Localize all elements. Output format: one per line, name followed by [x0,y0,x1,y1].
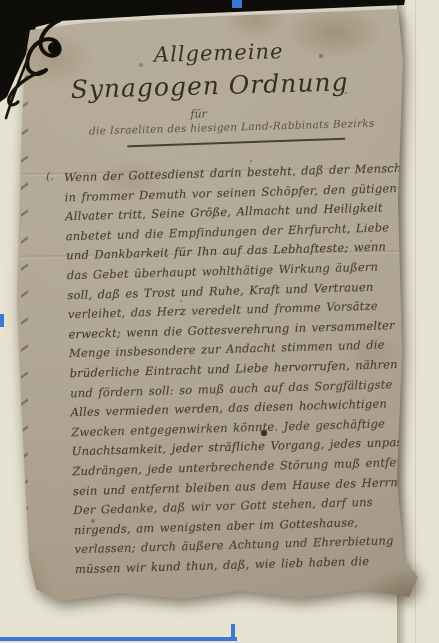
dedication-line: die Israeliten des hiesigen Land-Rabbina… [37,116,427,139]
blue-marker-left [0,314,4,327]
manuscript-photo: Allgemeine Synagogen Ordnung für die Isr… [0,0,439,643]
body-text: Wenn der Gottesdienst darin besteht, daß… [64,159,427,580]
blue-marker-bottom-tick [231,624,235,641]
ink-specks [0,0,2,2]
handwritten-text: Allgemeine Synagogen Ordnung für die Isr… [38,20,430,610]
blue-marker-bottom-line [0,637,237,641]
paragraph-mark: (. [46,170,54,183]
document-title-line2: Synagogen Ordnung [49,67,370,105]
blue-marker-top [232,0,242,8]
document-title-line1: Allgemeine [78,37,359,69]
dedication-word: für [190,107,207,120]
dedication-underline [127,138,345,148]
binding-thread-icon [2,14,86,144]
